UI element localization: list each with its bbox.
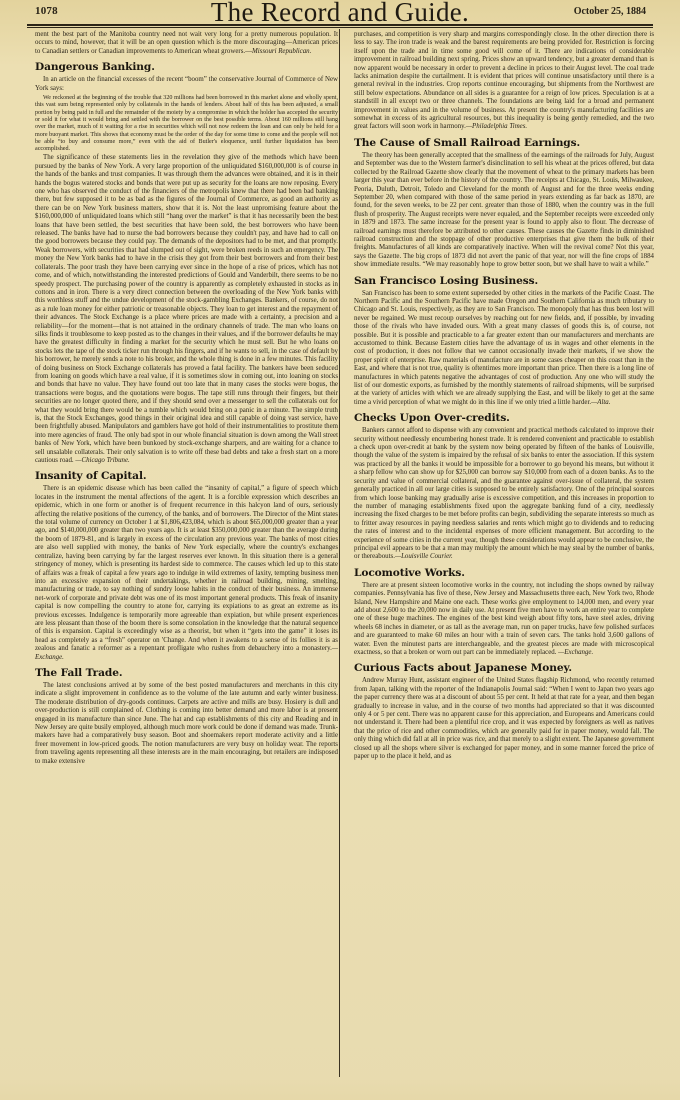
masthead: 1078 The Record and Guide. October 25, 1… (0, 0, 680, 26)
body-text: San Francisco has been to some extent su… (354, 290, 654, 406)
article-body: The latest conclusions arrived at by som… (35, 682, 338, 766)
article-quote: We reckoned at the beginning of the trou… (35, 95, 338, 153)
left-column: ment the best part of the Manitoba count… (35, 31, 338, 766)
article-japanese-money: Curious Facts about Japanese Money. Andr… (354, 662, 654, 761)
article-heading: Insanity of Capital. (35, 470, 338, 483)
continued-article: ment the best part of the Manitoba count… (35, 31, 338, 56)
article-checks-over-credits: Checks Upon Over-credits. Bankers cannot… (354, 412, 654, 562)
article-body: Andrew Murray Hunt, assistant engineer o… (354, 677, 654, 761)
body-text: There are at present sixteen locomotive … (354, 582, 654, 656)
article-source: —Alta. (591, 399, 610, 406)
article-body: There are at present sixteen locomotive … (354, 582, 654, 658)
article-source: —Philadelphia Times. (466, 123, 527, 130)
issue-date: October 25, 1884 (574, 6, 646, 17)
continued-text: purchases, and competition is very sharp… (354, 31, 654, 130)
article-heading: Curious Facts about Japanese Money. (354, 662, 654, 675)
right-column: purchases, and competition is very sharp… (354, 31, 654, 761)
article-heading: The Cause of Small Railroad Earnings. (354, 137, 654, 150)
article-source: —Exchange. (558, 649, 593, 656)
article-heading: Checks Upon Over-credits. (354, 412, 654, 425)
article-locomotive-works: Locomotive Works. There are at present s… (354, 567, 654, 658)
article-source: Missouri Republican. (252, 48, 311, 55)
article-body: Bankers cannot afford to dispense with a… (354, 427, 654, 562)
article-intro: In an article on the financial excesses … (35, 76, 338, 93)
column-divider (339, 29, 340, 1077)
article-railroad-earnings: The Cause of Small Railroad Earnings. Th… (354, 137, 654, 270)
body-text: There is an epidemic disease which has b… (35, 485, 338, 652)
article-heading: The Fall Trade. (35, 667, 338, 680)
article-insanity-of-capital: Insanity of Capital. There is an epidemi… (35, 470, 338, 662)
article-body: The theory has been generally accepted t… (354, 152, 654, 270)
article-heading: Locomotive Works. (354, 567, 654, 580)
continued-article: purchases, and competition is very sharp… (354, 31, 654, 132)
article-san-francisco: San Francisco Losing Business. San Franc… (354, 275, 654, 408)
article-fall-trade: The Fall Trade. The latest conclusions a… (35, 667, 338, 766)
article-body: There is an epidemic disease which has b… (35, 485, 338, 662)
body-text: Bankers cannot afford to dispense with a… (354, 427, 654, 560)
article-body: San Francisco has been to some extent su… (354, 290, 654, 408)
article-body: The significance of these statements lie… (35, 154, 338, 465)
body-text: The significance of these statements lie… (35, 154, 338, 464)
article-source: —Chicago Tribune. (75, 457, 129, 464)
masthead-rule-thick (27, 24, 653, 26)
masthead-rule-thin (27, 27, 653, 28)
newspaper-page: 1078 The Record and Guide. October 25, 1… (0, 0, 680, 1100)
page-bottom-margin (0, 1078, 680, 1100)
article-heading: Dangerous Banking. (35, 61, 338, 74)
article-source: —Louisville Courier. (395, 553, 453, 560)
article-heading: San Francisco Losing Business. (354, 275, 654, 288)
article-dangerous-banking: Dangerous Banking. In an article on the … (35, 61, 338, 465)
